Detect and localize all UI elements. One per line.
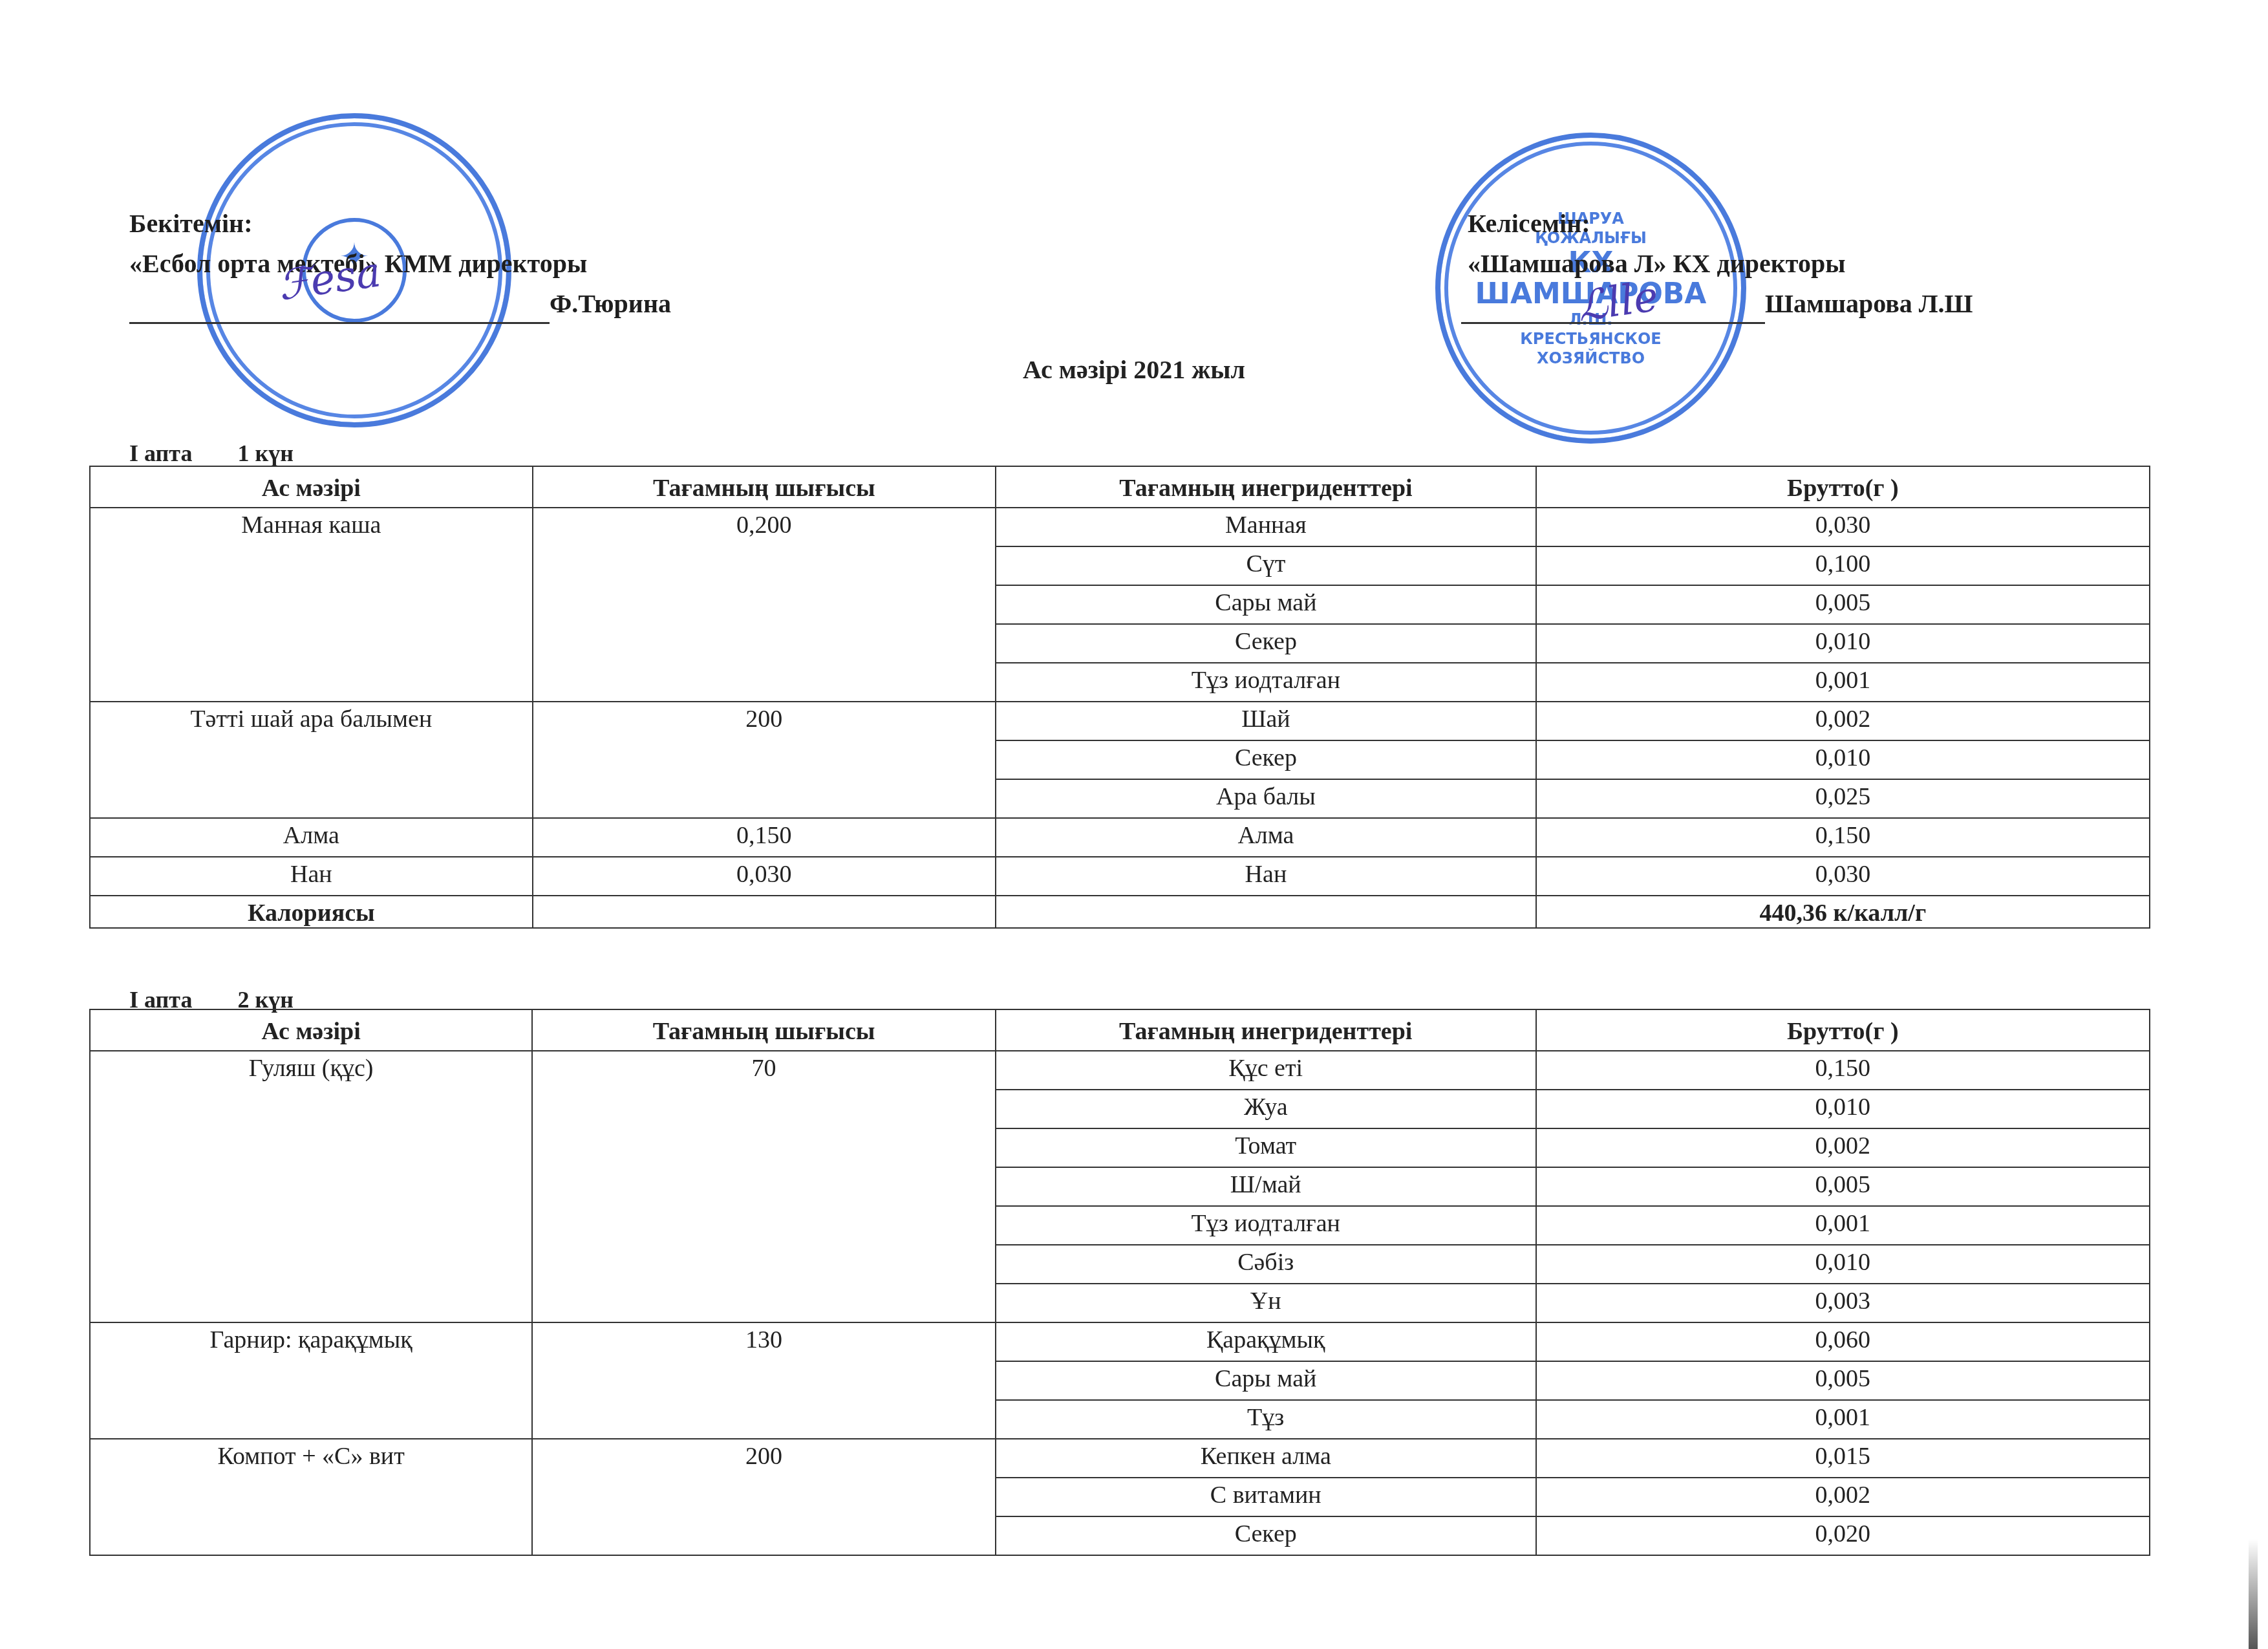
- ingredient-name: Ара балы: [996, 779, 1536, 818]
- ingredient-name: С витамин: [996, 1478, 1536, 1516]
- dish-name: Алма: [90, 818, 533, 857]
- ingredient-brutto: 0,030: [1536, 508, 2150, 546]
- ingredient-brutto: 0,003: [1536, 1284, 2150, 1322]
- ingredient-name: Шай: [996, 702, 1536, 740]
- ingredient-brutto: 0,030: [1536, 857, 2150, 896]
- ingredient-brutto: 0,005: [1536, 1167, 2150, 1206]
- ingredient-name: Сәбіз: [996, 1245, 1536, 1284]
- ingredient-brutto: 0,015: [1536, 1439, 2150, 1478]
- ingredient-name: Кепкен алма: [996, 1439, 1536, 1478]
- column-header: Брутто(г ): [1536, 466, 2150, 508]
- approval-heading: Бекітемін:: [129, 204, 671, 244]
- table-header-row: Ас мәзіріТағамның шығысыТағамның инегрид…: [90, 1009, 2150, 1051]
- agreement-org: «Шамшарова Л» КХ директоры: [1468, 244, 1973, 284]
- ingredient-name: Қарақұмық: [996, 1322, 1536, 1361]
- table-row: Манная каша0,200Манная0,030: [90, 508, 2150, 546]
- day-label: 1 күн: [237, 440, 293, 466]
- ingredient-name: Алма: [996, 818, 1536, 857]
- ingredient-name: Секер: [996, 740, 1536, 779]
- dish-output: 200: [532, 1439, 996, 1555]
- approver-name: Ф.Тюрина: [550, 289, 671, 318]
- dish-output: 130: [532, 1322, 996, 1439]
- ingredient-brutto: 0,005: [1536, 585, 2150, 624]
- ingredient-brutto: 0,150: [1536, 818, 2150, 857]
- week-label: I апта: [129, 440, 192, 466]
- ingredient-name: Ұн: [996, 1284, 1536, 1322]
- calories-row: Калориясы440,36 к/калл/г: [90, 896, 2150, 928]
- scan-edge: [2249, 1539, 2258, 1649]
- agreement-block: Келісемін: «Шамшарова Л» КХ директоры Ша…: [1468, 204, 1973, 324]
- column-header: Тағамның инегриденттері: [996, 1009, 1536, 1051]
- ingredient-name: Ш/май: [996, 1167, 1536, 1206]
- ingredient-brutto: 0,020: [1536, 1516, 2150, 1555]
- empty-cell: [533, 896, 996, 928]
- day-1-label: I апта1 күн: [129, 440, 339, 467]
- table-row: Нан0,030Нан0,030: [90, 857, 2150, 896]
- dish-name: Компот + «С» вит: [90, 1439, 532, 1555]
- dish-output: 0,200: [533, 508, 996, 702]
- ingredient-name: Сары май: [996, 585, 1536, 624]
- ingredient-name: Жуа: [996, 1090, 1536, 1128]
- dish-output: 70: [532, 1051, 996, 1322]
- approval-block: Бекітемін: «Есбол орта мектебі» КММ дире…: [129, 204, 671, 324]
- ingredient-brutto: 0,025: [1536, 779, 2150, 818]
- stamp-line: КРЕСТЬЯНСКОЕ: [1475, 329, 1707, 349]
- calories-label: Калориясы: [90, 896, 533, 928]
- ingredient-brutto: 0,010: [1536, 1090, 2150, 1128]
- agreer-name: Шамшарова Л.Ш: [1765, 289, 1973, 318]
- column-header: Ас мәзірі: [90, 1009, 532, 1051]
- table-row: Алма0,150Алма0,150: [90, 818, 2150, 857]
- column-header: Тағамның шығысы: [532, 1009, 996, 1051]
- column-header: Тағамның инегриденттері: [996, 466, 1536, 508]
- dish-name: Манная каша: [90, 508, 533, 702]
- menu-table-day-2: Ас мәзіріТағамның шығысыТағамның инегрид…: [89, 1009, 2150, 1556]
- ingredient-brutto: 0,010: [1536, 740, 2150, 779]
- ingredient-name: Нан: [996, 857, 1536, 896]
- agreement-heading: Келісемін:: [1468, 204, 1973, 244]
- dish-output: 200: [533, 702, 996, 818]
- table-row: Гарнир: қарақұмық130Қарақұмық0,060: [90, 1322, 2150, 1361]
- column-header: Тағамның шығысы: [533, 466, 996, 508]
- ingredient-brutto: 0,010: [1536, 624, 2150, 663]
- ingredient-name: Манная: [996, 508, 1536, 546]
- ingredient-brutto: 0,100: [1536, 546, 2150, 585]
- ingredient-name: Тұз иодталған: [996, 663, 1536, 702]
- table-row: Тәтті шай ара балымен200Шай0,002: [90, 702, 2150, 740]
- empty-cell: [996, 896, 1536, 928]
- ingredient-brutto: 0,001: [1536, 1400, 2150, 1439]
- calories-value: 440,36 к/калл/г: [1536, 896, 2150, 928]
- ingredient-brutto: 0,060: [1536, 1322, 2150, 1361]
- approval-org: «Есбол орта мектебі» КММ директоры: [129, 244, 671, 284]
- ingredient-brutto: 0,002: [1536, 702, 2150, 740]
- ingredient-name: Сүт: [996, 546, 1536, 585]
- ingredient-name: Секер: [996, 1516, 1536, 1555]
- ingredient-brutto: 0,001: [1536, 1206, 2150, 1245]
- table-row: Гуляш (құс)70Құс еті0,150: [90, 1051, 2150, 1090]
- ingredient-name: Құс еті: [996, 1051, 1536, 1090]
- ingredient-brutto: 0,150: [1536, 1051, 2150, 1090]
- table-row: Компот + «С» вит200Кепкен алма0,015: [90, 1439, 2150, 1478]
- dish-name: Гуляш (құс): [90, 1051, 532, 1322]
- ingredient-brutto: 0,010: [1536, 1245, 2150, 1284]
- dish-output: 0,030: [533, 857, 996, 896]
- table-header-row: Ас мәзіріТағамның шығысыТағамның инегрид…: [90, 466, 2150, 508]
- ingredient-brutto: 0,002: [1536, 1478, 2150, 1516]
- menu-table-day-1: Ас мәзіріТағамның шығысыТағамның инегрид…: [89, 466, 2150, 929]
- dish-name: Нан: [90, 857, 533, 896]
- column-header: Брутто(г ): [1536, 1009, 2150, 1051]
- dish-name: Гарнир: қарақұмық: [90, 1322, 532, 1439]
- ingredient-name: Сары май: [996, 1361, 1536, 1400]
- ingredient-name: Томат: [996, 1128, 1536, 1167]
- dish-name: Тәтті шай ара балымен: [90, 702, 533, 818]
- ingredient-brutto: 0,002: [1536, 1128, 2150, 1167]
- document-title: Ас мәзірі 2021 жыл: [0, 354, 2268, 385]
- dish-output: 0,150: [533, 818, 996, 857]
- ingredient-brutto: 0,001: [1536, 663, 2150, 702]
- ingredient-name: Тұз: [996, 1400, 1536, 1439]
- ingredient-name: Секер: [996, 624, 1536, 663]
- ingredient-name: Тұз иодталған: [996, 1206, 1536, 1245]
- column-header: Ас мәзірі: [90, 466, 533, 508]
- ingredient-brutto: 0,005: [1536, 1361, 2150, 1400]
